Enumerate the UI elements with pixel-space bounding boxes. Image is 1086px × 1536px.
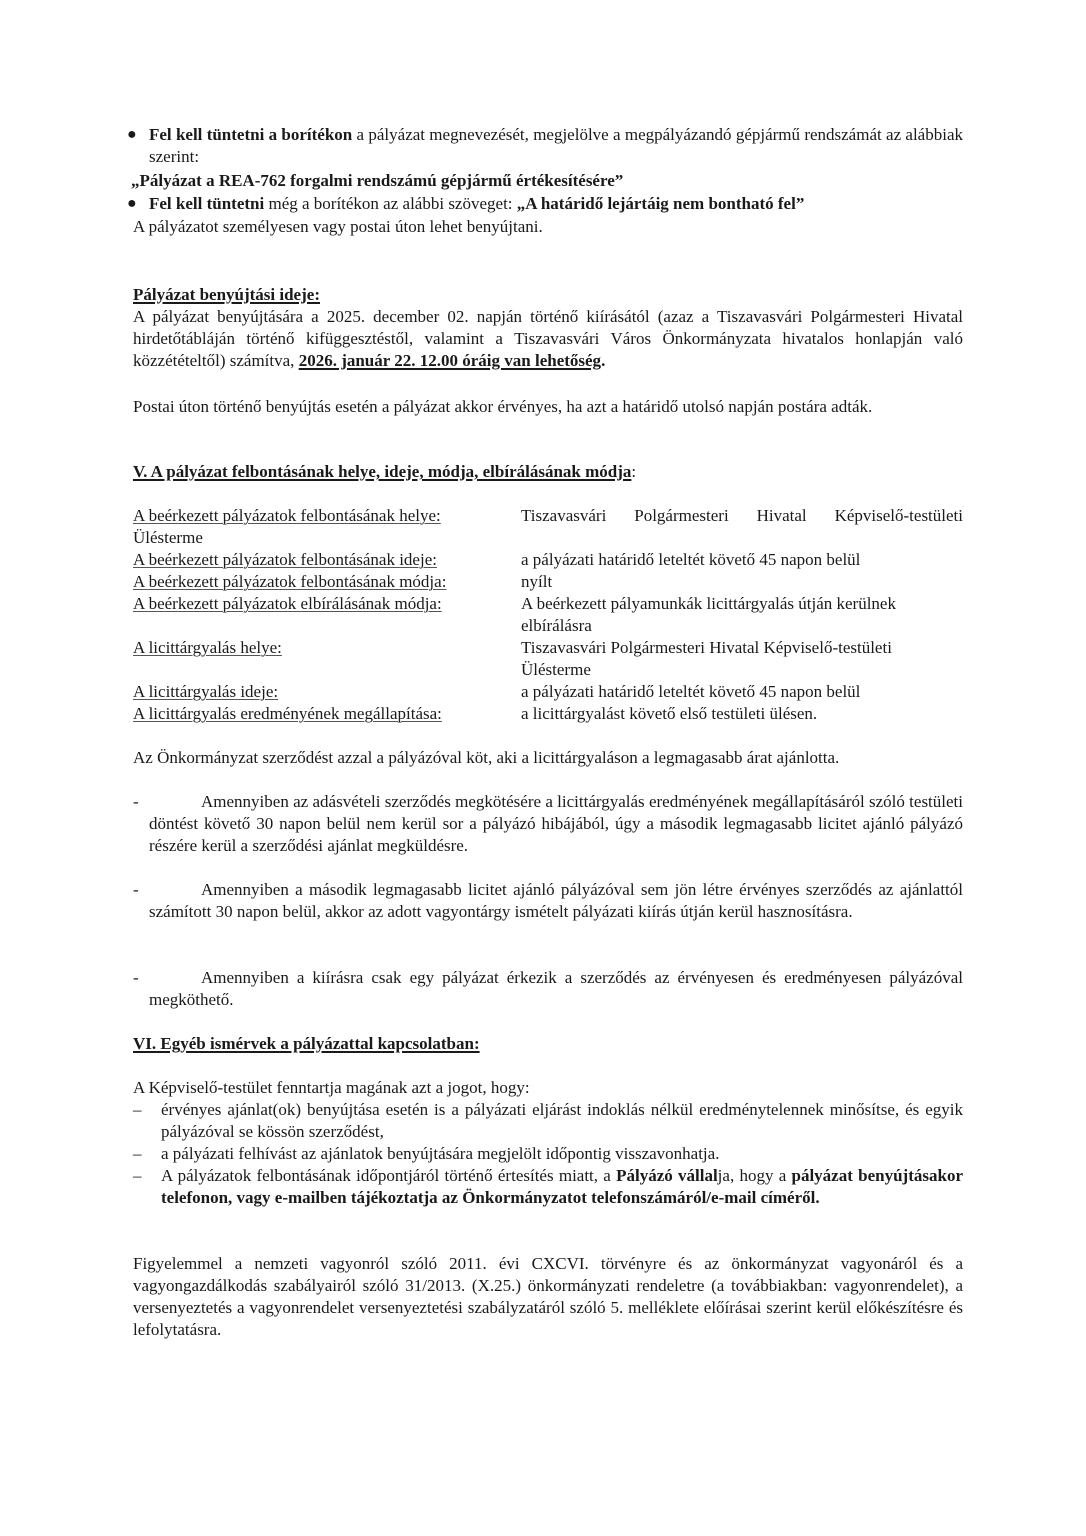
condition-item: - Amennyiben az adásvételi szerződés meg… xyxy=(133,791,963,857)
condition-item: - Amennyiben a kiírásra csak egy pályáza… xyxy=(133,967,963,1011)
bullet-text: Fel kell tüntetni még a borítékon az alá… xyxy=(149,193,963,215)
bullet-icon: ● xyxy=(127,193,137,215)
row-value: Tiszavasvári Polgármesteri Hivatal Képvi… xyxy=(521,637,963,681)
row-value: A beérkezett pályamunkák licittárgyalás … xyxy=(521,593,951,637)
row-label: A beérkezett pályázatok felbontásának id… xyxy=(133,549,513,571)
dash-marker: – xyxy=(133,1099,142,1121)
rights-item: – a pályázati felhívást az ajánlatok ben… xyxy=(133,1143,963,1165)
deadline-date: 2026. január 22. 12.00 óráig van lehetős… xyxy=(299,351,601,370)
closing-paragraph: Figyelemmel a nemzeti vagyonról szóló 20… xyxy=(133,1253,963,1341)
deadline-heading: Pályázat benyújtási ideje: xyxy=(133,284,320,306)
row-value: a pályázati határidő leteltét követő 45 … xyxy=(521,549,963,571)
dash-marker: - xyxy=(133,879,139,901)
row-value: nyílt xyxy=(521,571,963,593)
bullet-item-envelope-warning: ● Fel kell tüntetni még a borítékon az a… xyxy=(127,193,963,215)
row-label: A beérkezett pályázatok felbontásának mó… xyxy=(133,571,513,593)
bullet-text: Fel kell tüntetni a borítékon a pályázat… xyxy=(149,124,963,168)
contract-text: Az Önkormányzat szerződést azzal a pályá… xyxy=(133,747,839,769)
row-label: A beérkezett pályázatok felbontásának he… xyxy=(133,505,513,527)
row-value: a licittárgyalást követő első testületi … xyxy=(521,703,963,725)
dash-marker: - xyxy=(133,791,139,813)
postal-note: Postai úton történő benyújtás esetén a p… xyxy=(133,396,963,418)
bullet-icon: ● xyxy=(127,124,137,146)
row-label: A licittárgyalás eredményének megállapít… xyxy=(133,703,513,725)
row-label: A licittárgyalás helye: xyxy=(133,637,513,659)
section-vi-intro: A Képviselő-testület fenntartja magának … xyxy=(133,1077,530,1099)
row-value-overflow: Ülésterme xyxy=(133,527,203,549)
envelope-title: „Pályázat a REA-762 forgalmi rendszámú g… xyxy=(131,170,623,192)
dash-marker: – xyxy=(133,1143,142,1165)
dash-marker: – xyxy=(133,1165,142,1187)
section-v-heading: V. A pályázat felbontásának helye, ideje… xyxy=(133,461,636,483)
deadline-text: A pályázat benyújtására a 2025. december… xyxy=(133,306,963,372)
rights-item: – A pályázatok felbontásának időpontjáró… xyxy=(133,1165,963,1209)
section-vi-heading: VI. Egyéb ismérvek a pályázattal kapcsol… xyxy=(133,1033,480,1055)
row-label: A beérkezett pályázatok elbírálásának mó… xyxy=(133,593,513,615)
dash-marker: - xyxy=(133,967,139,989)
row-value: Tiszavasvári Polgármesteri Hivatal Képvi… xyxy=(521,505,963,527)
bullet-item-envelope-name: ● Fel kell tüntetni a borítékon a pályáz… xyxy=(127,124,963,168)
condition-item: - Amennyiben a második legmagasabb licit… xyxy=(133,879,963,923)
row-value: a pályázati határidő leteltét követő 45 … xyxy=(521,681,963,703)
row-label: A licittárgyalás ideje: xyxy=(133,681,513,703)
submission-mode-text: A pályázatot személyesen vagy postai úto… xyxy=(133,216,543,238)
rights-item: – érvényes ajánlat(ok) benyújtása esetén… xyxy=(133,1099,963,1143)
